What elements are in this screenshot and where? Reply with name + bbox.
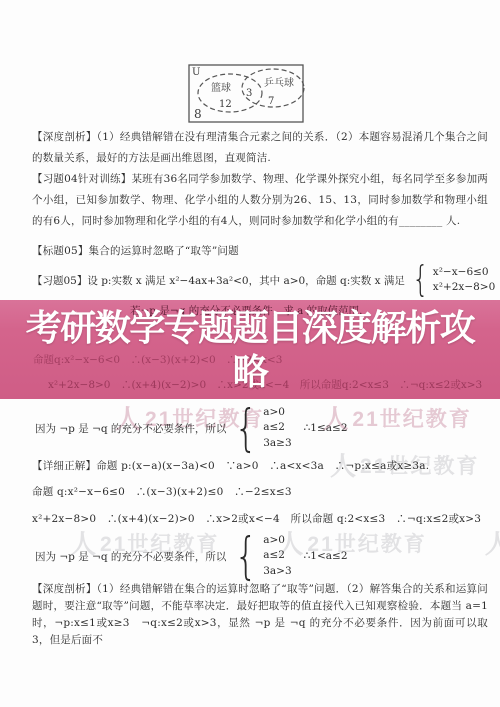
paragraph-wrong-conclusion: 因为 ¬p 是 ¬q 的充分不必要条件，所以 { a>0 a≤2 3a≥3 ∴1… [35,404,348,452]
paragraph-exercise-05: 【习题05】设 p:实数 x 满足 x²−4ax+3a²<0，其中 a>0，命题… [32,260,495,300]
left-brace: { [412,262,428,298]
venn-universe-label: U [192,67,200,78]
condition-1: a>0 [263,533,291,549]
venn-outside-count: 8 [194,107,202,121]
condition-3: 3a>3 [263,564,291,580]
wrong-result: ∴1≤a≤2 [304,422,348,434]
condition-system-correct: a>0 a≤2 3a>3 [263,533,291,580]
paragraph-correct-solution-2: 命题 q:x²−x−6≤0 ∴(x−3)(x+2)≤0 ∴−2≤x≤3 [32,482,488,503]
condition-1: a>0 [263,405,291,421]
paragraph-correct-conclusion: 因为 ¬p 是 ¬q 的充分不必要条件，所以 { a>0 a≤2 3a>3 ∴1… [35,532,348,580]
correct-conclusion-text: 因为 ¬p 是 ¬q 的充分不必要条件，所以 [35,549,226,564]
paragraph-correct-solution-1: 【详细正解】命题 p:(x−a)(x−3a)<0 ∵a>0 ∴a<x<3a ∴¬… [32,456,488,477]
venn-left-count: 12 [219,99,232,110]
banner-title: 考研数学专题题目深度解析攻略 [24,306,476,394]
venn-intersection-count: 3 [246,88,252,99]
venn-right-label: 乒乓球 [264,76,294,89]
exercise-05-text: 【习题05】设 p:实数 x 满足 x²−4ax+3a²<0，其中 a>0，命题… [32,273,405,288]
venn-diagram: U 篮球 12 乒乓球 7 3 8 [186,62,316,128]
condition-2: a≤2 [263,420,291,436]
condition-2: a≤2 [263,548,291,564]
correct-result: ∴1<a≤2 [304,550,348,562]
venn-left-label: 篮球 [211,81,231,94]
paragraph-deep-analysis-05: 【深度剖析】（1）经典错解错在集合的运算时忽略了“取等”问题．（2）解答集合的关… [32,581,488,649]
inequality-1: x²−x−6≤0 [433,265,496,281]
watermark-text: 21世纪教育 [352,403,471,433]
condition-3: 3a≥3 [263,436,291,452]
left-brace: { [235,531,258,581]
wrong-conclusion-text: 因为 ¬p 是 ¬q 的充分不必要条件，所以 [35,421,226,436]
inequality-system: x²−x−6≤0 x²+2x−8>0 [433,265,496,296]
paragraph-exercise-04: 【习题04针对训练】某班有36名同学参加数学、物理、化学课外探究小组，每名同学至… [32,169,488,232]
inequality-2: x²+2x−8>0 [433,280,496,296]
condition-system-wrong: a>0 a≤2 3a≥3 [263,405,291,452]
paragraph-deep-analysis-04: 【深度剖析】（1）经典错解错在没有理清集合元素之间的关系．（2）本题容易混淆几个… [32,127,488,168]
left-brace: { [235,403,258,453]
paragraph-correct-solution-3: x²+2x−8>0 ∴(x+4)(x−2)>0 ∴x>2或x<−4 所以命题 q… [32,509,488,530]
venn-right-count: 7 [268,96,274,107]
promo-banner: 若¬p 是¬q 的充分不必要条件，求 a 的取值范围. 命题q:x²−x−6<0… [0,300,500,399]
